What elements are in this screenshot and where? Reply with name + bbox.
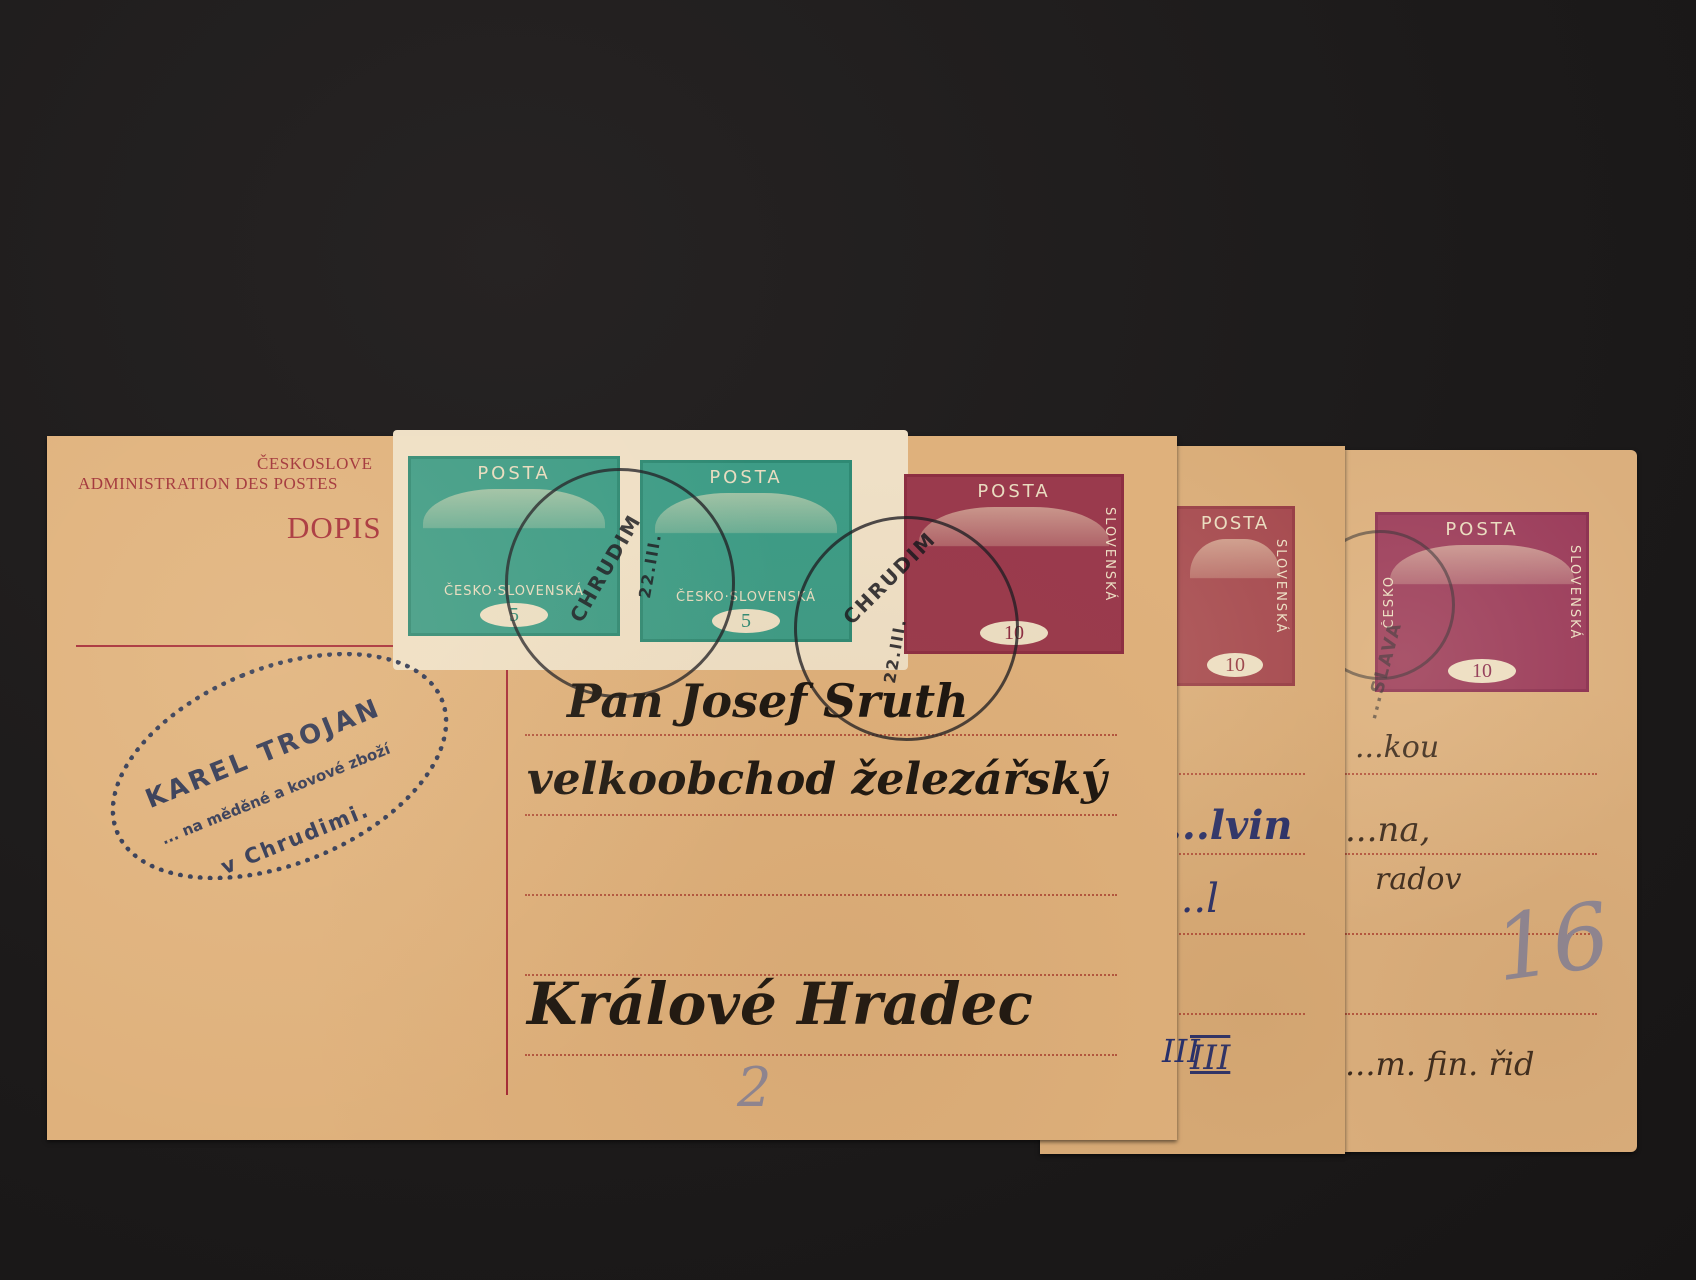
handwritten-line: ...kou bbox=[1355, 730, 1439, 765]
handwritten-suffix: III bbox=[1162, 1032, 1200, 1070]
front-postcard: ČESKOSLOVE ADMINISTRATION DES POSTES DOP… bbox=[47, 436, 1177, 1140]
address-line bbox=[1345, 1013, 1597, 1015]
address-line bbox=[525, 734, 1117, 736]
handwritten-line: ...m. fin. řid bbox=[1345, 1045, 1535, 1083]
address-line bbox=[1170, 773, 1305, 775]
address-line bbox=[525, 814, 1117, 816]
castle-scene-icon bbox=[1190, 539, 1280, 625]
stamp-posta-text: POSTA bbox=[907, 481, 1121, 502]
stamp-side-text: SLOVENSKÁ bbox=[1102, 507, 1117, 602]
address-line bbox=[1170, 1013, 1305, 1015]
handwritten-line: ...na, bbox=[1345, 810, 1430, 850]
stamp-side-text: SLOVENSKÁ bbox=[1567, 545, 1582, 640]
header-french: ADMINISTRATION DES POSTES bbox=[78, 474, 338, 494]
address-line bbox=[1170, 933, 1305, 935]
address-line bbox=[1345, 773, 1597, 775]
divider-vertical bbox=[506, 661, 508, 1095]
pencil-note: 16 bbox=[1488, 883, 1616, 1003]
divider-horizontal bbox=[76, 645, 406, 647]
stamp-value: 10 bbox=[1448, 659, 1516, 683]
address-line bbox=[1345, 853, 1597, 855]
handwritten-line: ...lvin bbox=[1168, 802, 1293, 849]
handwritten-line: Králové Hradec bbox=[527, 970, 1033, 1038]
imprinted-stamp-10: POSTA SLOVENSKÁ 10 bbox=[1175, 506, 1295, 686]
stamp-posta-text: POSTA bbox=[1178, 513, 1292, 534]
handwritten-line: radov bbox=[1375, 862, 1461, 897]
header-czech: ČESKOSLOVE bbox=[257, 454, 373, 474]
address-line bbox=[1170, 853, 1305, 855]
card-title: DOPIS bbox=[287, 510, 382, 546]
rear-postcard: POSTA SLOVENSKÁ ČESKO 10 ...SLAVA ...kou… bbox=[1345, 450, 1637, 1152]
handwritten-line: velkoobchod železářský bbox=[527, 754, 1107, 805]
stamp-side-text: SLOVENSKÁ bbox=[1273, 539, 1288, 634]
address-line bbox=[525, 1054, 1117, 1056]
postmark-circle bbox=[505, 468, 735, 698]
pencil-note: 2 bbox=[737, 1056, 771, 1119]
stamp-value: 10 bbox=[1207, 653, 1263, 677]
address-line bbox=[525, 894, 1117, 896]
handwritten-line: Pan Josef Sruth bbox=[567, 674, 969, 728]
